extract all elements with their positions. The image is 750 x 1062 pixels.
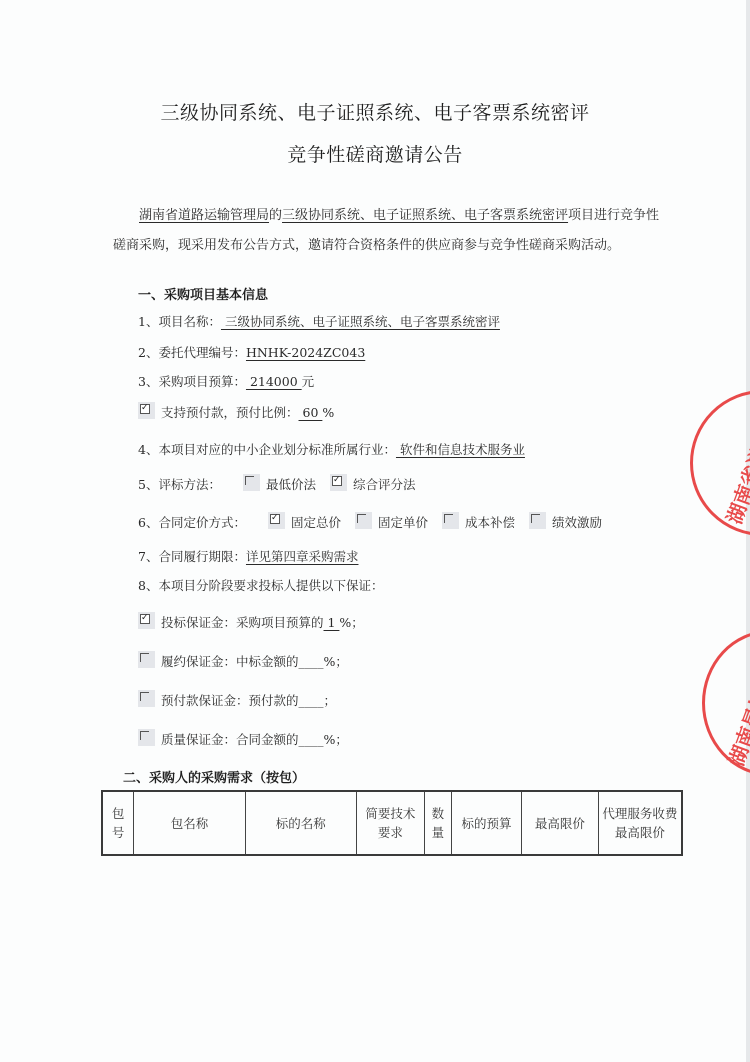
col-item-budget: 标的预算 (451, 791, 521, 855)
item1-label: 1、项目名称： (138, 314, 221, 329)
official-seal-1: 湖南省道路 (690, 390, 750, 536)
bid-guarantee: ✓投标保证金：采购项目预算的 1 %； (138, 612, 364, 631)
comprehensive-score-checkbox[interactable]: ✓ (330, 474, 347, 491)
item-prepayment: ✓支持预付款，预付比例： 60 % (138, 402, 334, 421)
quality-guarantee: 质量保证金：合同金额的____%； (138, 729, 348, 748)
document-title-line1: 三级协同系统、电子证照系统、电子客票系统密评 (0, 98, 750, 125)
item3-label: 3、采购项目预算： (138, 374, 246, 389)
prepayment-guarantee: 预付款保证金：预付款的____； (138, 690, 336, 709)
performance-guarantee-value: ____ (299, 654, 324, 669)
prepayment-guarantee-value: ____ (299, 693, 324, 708)
bid-guarantee-checkbox[interactable]: ✓ (138, 612, 155, 629)
lowest-price-checkbox[interactable] (243, 474, 260, 491)
col-quantity: 数量 (424, 791, 451, 855)
intro-paragraph: 湖南省道路运输管理局的三级协同系统、电子证照系统、电子客票系统密评项目进行竞争性… (113, 201, 668, 261)
performance-incentive-label: 绩效激励 (552, 515, 602, 530)
item6-label: 6、合同定价方式： (138, 515, 246, 530)
prepay-checkbox[interactable]: ✓ (138, 402, 155, 419)
item-pricing-method: 6、合同定价方式：✓固定总价固定单价成本补偿绩效激励 (138, 512, 602, 531)
prepayment-guarantee-label: 预付款保证金：预付款的 (161, 693, 299, 708)
item4-label: 4、本项目对应的中小企业划分标准所属行业： (138, 442, 396, 457)
col-max-price: 最高限价 (522, 791, 599, 855)
item2-value: HNHK-2024ZC043 (246, 345, 365, 360)
col-item-name: 标的名称 (245, 791, 356, 855)
fixed-unit-price-checkbox[interactable] (355, 512, 372, 529)
performance-guarantee-checkbox[interactable] (138, 651, 155, 668)
col-tech-requirements: 简要技术要求 (356, 791, 424, 855)
fixed-total-price-checkbox[interactable]: ✓ (268, 512, 285, 529)
quality-guarantee-value: ____ (299, 732, 324, 747)
performance-guarantee-unit: %； (324, 654, 348, 669)
official-seal-2: 湖南昊坤工 (702, 630, 750, 776)
prepayment-guarantee-unit: ； (324, 693, 337, 708)
item4-value: 软件和信息技术服务业 (396, 442, 525, 457)
item3-unit: 元 (302, 374, 315, 389)
cost-compensation-checkbox[interactable] (442, 512, 459, 529)
prepayment-guarantee-checkbox[interactable] (138, 690, 155, 707)
performance-guarantee: 履约保证金：中标金额的____%； (138, 651, 348, 670)
prepay-unit: % (322, 405, 334, 420)
item-contract-period: 7、合同履行期限：详见第四章采购需求 (138, 547, 358, 565)
quality-guarantee-label: 质量保证金：合同金额的 (161, 732, 299, 747)
lowest-price-label: 最低价法 (266, 477, 316, 492)
prepay-label: 支持预付款，预付比例： (161, 405, 299, 420)
prepay-value: 60 (299, 405, 323, 420)
table-header-row: 包号 包名称 标的名称 简要技术要求 数量 标的预算 最高限价 代理服务收费最高… (102, 791, 682, 855)
fixed-unit-price-label: 固定单价 (378, 515, 428, 530)
col-package-name: 包名称 (134, 791, 245, 855)
item2-label: 2、委托代理编号： (138, 345, 246, 360)
item-agency-code: 2、委托代理编号：HNHK-2024ZC043 (138, 343, 365, 361)
comprehensive-score-label: 综合评分法 (353, 477, 416, 492)
item7-value: 详见第四章采购需求 (246, 549, 359, 564)
fixed-total-price-label: 固定总价 (291, 515, 341, 530)
col-package-number: 包号 (102, 791, 134, 855)
col-agency-fee-cap: 代理服务收费最高限价 (598, 791, 682, 855)
performance-incentive-checkbox[interactable] (529, 512, 546, 529)
seal2-text: 湖南昊坤工 (720, 666, 750, 770)
item-budget: 3、采购项目预算： 214000 元 (138, 372, 314, 390)
quality-guarantee-unit: %； (324, 732, 348, 747)
item5-label: 5、评标方法： (138, 477, 221, 492)
item-guarantees-intro: 8、本项目分阶段要求投标人提供以下保证： (138, 576, 383, 594)
purchaser-name: 湖南省道路运输管理局 (139, 208, 269, 223)
performance-guarantee-label: 履约保证金：中标金额的 (161, 654, 299, 669)
intro-project-name: 三级协同系统、电子证照系统、电子客票系统密评 (282, 208, 568, 223)
section1-heading: 一、采购项目基本信息 (138, 284, 268, 303)
document-title-line2: 竞争性磋商邀请公告 (0, 140, 750, 167)
item-evaluation-method: 5、评标方法：最低价法✓综合评分法 (138, 474, 416, 493)
item7-label: 7、合同履行期限： (138, 549, 246, 564)
intro-connector: 的 (269, 208, 282, 223)
section2-heading: 二、采购人的采购需求（按包） (123, 767, 305, 786)
cost-compensation-label: 成本补偿 (465, 515, 515, 530)
item-project-name: 1、项目名称： 三级协同系统、电子证照系统、电子客票系统密评 (138, 312, 500, 330)
bid-guarantee-value: 1 (324, 615, 340, 630)
item3-value: 214000 (246, 374, 302, 389)
bid-guarantee-label: 投标保证金：采购项目预算的 (161, 615, 324, 630)
bid-guarantee-unit: %； (339, 615, 363, 630)
item-industry: 4、本项目对应的中小企业划分标准所属行业： 软件和信息技术服务业 (138, 440, 525, 458)
requirements-table: 包号 包名称 标的名称 简要技术要求 数量 标的预算 最高限价 代理服务收费最高… (101, 790, 683, 856)
quality-guarantee-checkbox[interactable] (138, 729, 155, 746)
item1-value: 三级协同系统、电子证照系统、电子客票系统密评 (221, 314, 500, 329)
seal1-text: 湖南省道路 (718, 424, 750, 528)
